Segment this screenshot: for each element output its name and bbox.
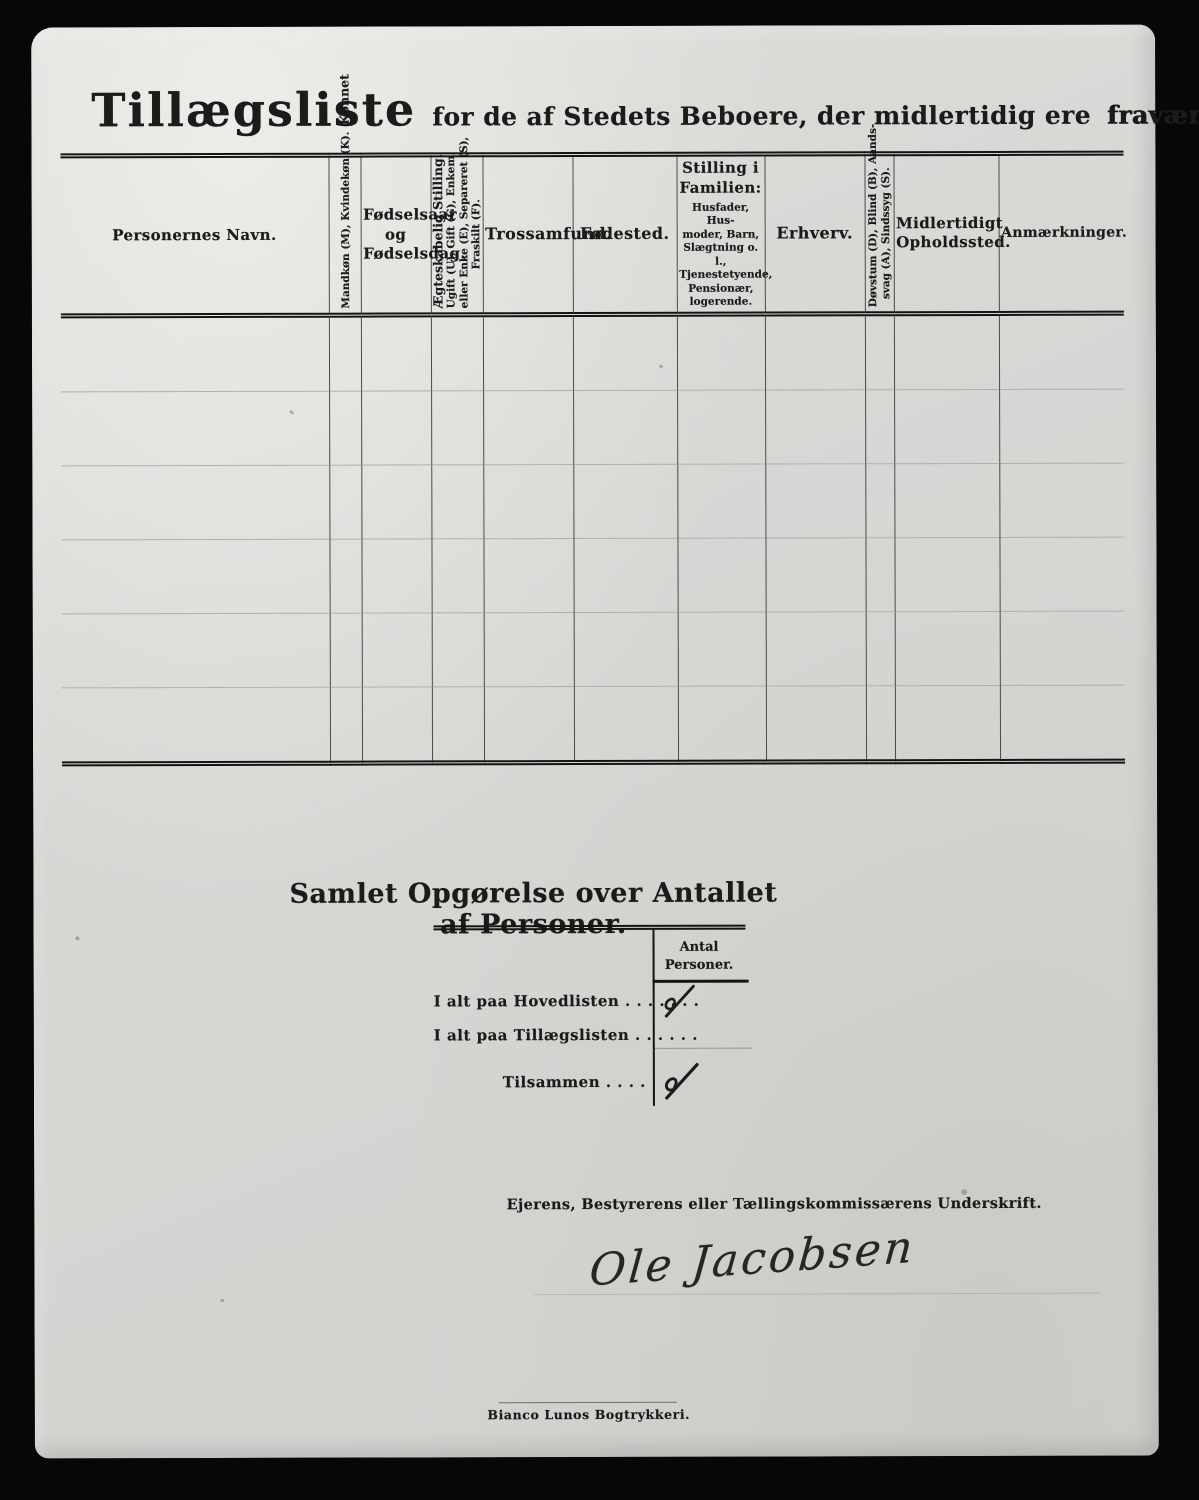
census-table: Personernes Navn. Mandkøn (M), Kvindekøn…: [60, 151, 1125, 766]
col-label: Erhverv.: [767, 223, 862, 244]
scan-background: Tillægsliste for de af Stedets Beboere, …: [0, 0, 1199, 1500]
summary-header-rule: [653, 980, 749, 983]
handwritten-4-glyph: [661, 1062, 705, 1100]
col-label: Kønnet: [336, 74, 351, 125]
summary-row-hovedlisten-label: I alt paa Hovedlisten . . . . . . .: [434, 992, 646, 1011]
printer-imprint: Bianco Lunos Bogtrykkeri.: [449, 1407, 729, 1423]
col-sublabel: Husfader, Hus- moder, Barn, Slægtning o.…: [679, 202, 762, 310]
form-title-bar: Tillægsliste for de af Stedets Beboere, …: [91, 81, 1096, 138]
col-label: Personernes Navn.: [63, 225, 327, 245]
col-header-foedselsaar: Fødselsaar og Fødselsdag.: [360, 155, 430, 315]
col-label: Ægteskabelig Stilling.: [430, 161, 445, 309]
handwritten-value-hovedlisten: 4: [661, 984, 701, 1022]
col-header-doevstum: Døvstum (D), Blind (B), Aands- svag (A),…: [864, 154, 893, 314]
summary-row-tillaegslisten-label: I alt paa Tillægslisten . . . . . .: [434, 1026, 646, 1045]
imprint-rule: [499, 1402, 677, 1403]
col-header-aegteskabelig-stilling: Ægteskabelig Stilling. Ugift (U), Gift (…: [430, 155, 482, 315]
summary-row-tilsammen-label: Tilsammen . . . .: [434, 1073, 646, 1092]
col-header-trossamfund: Trossamfund.: [482, 155, 572, 315]
col-label: Fødselsaar og Fødselsdag.: [363, 205, 428, 264]
col-label: Trossamfund.: [485, 224, 570, 245]
col-label: Anmærkninger.: [1001, 225, 1122, 241]
scan-speckle: [659, 365, 663, 368]
col-header-erhverv: Erhverv.: [764, 154, 864, 314]
census-form-page: Tillægsliste for de af Stedets Beboere, …: [31, 25, 1159, 1459]
table-row: [62, 685, 1125, 764]
col-header-anmaerkninger: Anmærkninger.: [998, 153, 1123, 313]
scan-speckle: [961, 1189, 967, 1195]
summary-faint-rule: [653, 1048, 752, 1049]
rotated-label: Mandkøn (M), Kvindekøn (K). Kønnet: [337, 161, 353, 309]
rotated-label: Ægteskabelig Stilling. Ugift (U), Gift (…: [430, 161, 483, 309]
col-sublabel: Mandkøn (M), Kvindekøn (K).: [340, 132, 352, 309]
table-row: [61, 313, 1124, 392]
col-header-personernes-navn: Personernes Navn.: [60, 155, 328, 315]
table-header-row: Personernes Navn. Mandkøn (M), Kvindekøn…: [60, 153, 1123, 315]
handwritten-4-glyph: [661, 984, 701, 1018]
table-row: [61, 463, 1124, 540]
col-label: Midlertidigt Opholdssted.: [896, 214, 996, 253]
col-label: Fødested.: [575, 224, 674, 245]
summary-table: Antal Personer. I alt paa Hovedlisten . …: [433, 925, 745, 1107]
col-header-foedested: Fødested.: [572, 154, 676, 314]
scan-speckle: [76, 936, 80, 940]
col-header-stilling-i-familien: Stilling i Familien: Husfader, Hus- mode…: [676, 154, 764, 314]
handwritten-signature: Ole Jacobsen: [588, 1222, 918, 1297]
rotated-label: Døvstum (D), Blind (B), Aands- svag (A),…: [866, 159, 892, 307]
table-row: [61, 537, 1124, 614]
table-row: [62, 611, 1125, 688]
summary-column-header: Antal Personer.: [653, 939, 746, 974]
form-subtitle-emphasis: fraværende.: [1107, 100, 1199, 129]
col-header-koennet: Mandkøn (M), Kvindekøn (K). Kønnet: [328, 155, 360, 315]
scan-speckle: [220, 1299, 224, 1302]
col-header-midlertidigt-opholdssted: Midlertidigt Opholdssted.: [893, 153, 998, 313]
col-label: Stilling i Familien:: [679, 159, 762, 198]
form-subtitle: for de af Stedets Beboere, der midlertid…: [432, 101, 1091, 132]
signature-label: Ejerens, Bestyrerens eller Tællingskommi…: [474, 1195, 1074, 1214]
form-title: Tillægsliste: [91, 82, 416, 137]
col-label: Døvstum (D), Blind (B), Aands-: [866, 160, 879, 308]
handwritten-value-tilsammen: 4: [661, 1062, 705, 1104]
table-row: [61, 389, 1124, 466]
